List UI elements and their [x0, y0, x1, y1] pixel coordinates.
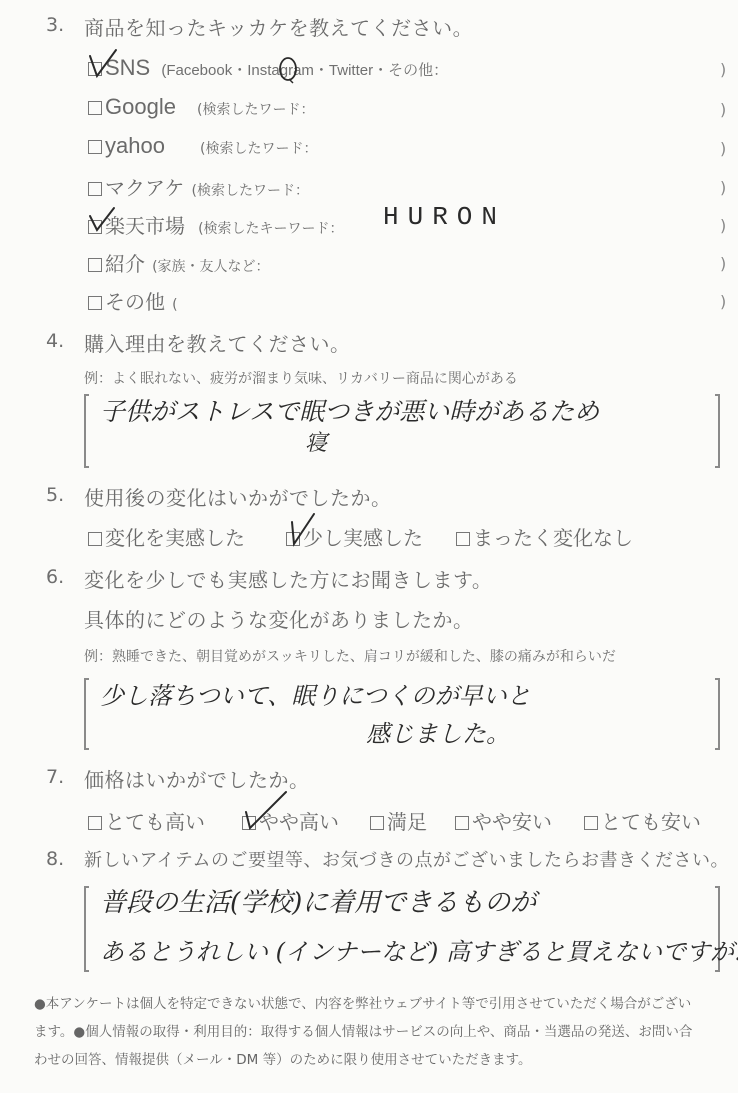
- q5-question: 使用後の変化はいかがでしたか。: [84, 482, 392, 511]
- q8-question: 新しいアイテムのご要望等、お気づきの点がございましたらお書きください。: [84, 846, 729, 872]
- q4-number: 4.: [46, 330, 64, 352]
- option-label: yahoo: [105, 133, 165, 158]
- q3-option-rakuten[interactable]: 楽天市場 (検索したキーワード：: [88, 210, 344, 239]
- close-paren: ): [720, 60, 726, 79]
- q5-option-felt-change[interactable]: 変化を実感した: [88, 522, 245, 551]
- option-label: その他: [105, 290, 165, 314]
- q6-question-2: 具体的にどのような変化がありましたか。: [84, 604, 474, 633]
- checkbox-yahoo[interactable]: [88, 140, 102, 154]
- privacy-notice-line1: ●本アンケートは個人を特定できない状態で、内容を弊社ウェブサイト等で引用させてい…: [34, 990, 691, 1018]
- checkbox-makuake[interactable]: [88, 182, 102, 196]
- q5-number: 5.: [46, 484, 64, 506]
- close-paren: ): [720, 216, 726, 235]
- answer-bracket-right: [715, 394, 720, 468]
- q3-option-makuake[interactable]: マクアケ (検索したワード：: [88, 172, 309, 201]
- option-detail: (検索したキーワード：: [198, 221, 343, 237]
- q3-option-yahoo[interactable]: yahoo (検索したワード：: [88, 133, 318, 159]
- checkbox[interactable]: [455, 816, 469, 830]
- close-paren: ): [720, 178, 726, 197]
- q7-number: 7.: [46, 766, 64, 788]
- q4-question: 購入理由を教えてください。: [84, 328, 351, 357]
- q8-answer-line1[interactable]: 普段の生活(学校)に着用できるものが: [100, 882, 536, 919]
- checkbox[interactable]: [584, 816, 598, 830]
- option-label: Google: [105, 94, 176, 119]
- circle-mark-icon: [277, 55, 299, 85]
- checkbox-other[interactable]: [88, 296, 102, 310]
- checkbox-google[interactable]: [88, 101, 102, 115]
- checkbox[interactable]: [88, 816, 102, 830]
- checkmark-icon: [86, 204, 118, 234]
- close-paren: ): [720, 139, 726, 158]
- q6-question: 変化を少しでも実感した方にお聞きします。: [84, 564, 492, 593]
- answer-bracket-left: [84, 678, 89, 750]
- q3-option-google[interactable]: Google (検索したワード：: [88, 94, 315, 120]
- checkbox-referral[interactable]: [88, 258, 102, 272]
- answer-bracket-left: [84, 394, 89, 468]
- q7-option-satisfied[interactable]: 満足: [370, 806, 427, 835]
- privacy-notice-line2: ます。●個人情報の取得・利用目的：取得する個人情報はサービスの向上や、商品・当選…: [34, 1018, 692, 1046]
- option-detail: (家族・友人など：: [152, 259, 269, 275]
- q7-option-very-high[interactable]: とても高い: [88, 806, 205, 835]
- q8-number: 8.: [46, 848, 64, 870]
- checkmark-icon: [284, 508, 318, 548]
- checkmark-icon: [240, 788, 290, 832]
- checkmark-icon: [86, 46, 120, 80]
- q7-option-somewhat-cheap[interactable]: やや安い: [455, 806, 552, 835]
- q4-answer-correction: 寝: [305, 426, 327, 457]
- q8-answer-line2[interactable]: あるとうれしい (インナーなど) 高すぎると買えないですが…: [100, 932, 738, 967]
- q3-number: 3.: [46, 14, 64, 36]
- option-detail: (Facebook・Instagram・Twitter・その他：: [161, 62, 448, 79]
- answer-bracket-right: [715, 678, 720, 750]
- q6-answer-line2[interactable]: 感じました。: [366, 714, 510, 749]
- option-detail: (検索したワード：: [197, 102, 314, 118]
- q6-number: 6.: [46, 566, 64, 588]
- q6-answer-line1[interactable]: 少し落ちついて、眠りにつくのが早いと: [100, 676, 531, 711]
- checkbox[interactable]: [370, 816, 384, 830]
- q5-option-no-change[interactable]: まったく変化なし: [456, 522, 633, 551]
- q4-answer[interactable]: 子供がストレスで眠つきが悪い時があるため: [100, 392, 599, 428]
- option-label: 紹介: [105, 252, 145, 276]
- answer-bracket-left: [84, 886, 89, 972]
- q4-example: 例：よく眠れない、疲労が溜まり気味、リカバリー商品に関心がある: [84, 368, 518, 388]
- q3-option-referral[interactable]: 紹介 (家族・友人など：: [88, 248, 270, 277]
- option-label: マクアケ: [105, 176, 184, 200]
- q3-option-other[interactable]: その他 (: [88, 286, 178, 315]
- checkbox[interactable]: [456, 532, 470, 546]
- option-detail: (検索したワード：: [200, 141, 317, 157]
- q7-option-very-cheap[interactable]: とても安い: [584, 806, 701, 835]
- q3-question: 商品を知ったキッカケを教えてください。: [84, 12, 473, 41]
- close-paren: ): [720, 254, 726, 273]
- q6-example: 例：熟睡できた、朝目覚めがスッキリした、肩コリが緩和した、膝の痛みが和らいだ: [84, 646, 616, 666]
- privacy-notice-line3: わせの回答、情報提供（メール・DM 等）のために限り使用させていただきます。: [34, 1046, 531, 1074]
- checkbox[interactable]: [88, 532, 102, 546]
- rakuten-keyword-answer[interactable]: HURON: [383, 202, 506, 232]
- option-detail: (検索したワード：: [192, 183, 309, 199]
- q3-option-sns[interactable]: SNS (Facebook・Instagram・Twitter・その他：: [88, 55, 448, 81]
- option-detail: (: [172, 297, 177, 313]
- close-paren: ): [720, 100, 726, 119]
- close-paren: ): [720, 292, 726, 311]
